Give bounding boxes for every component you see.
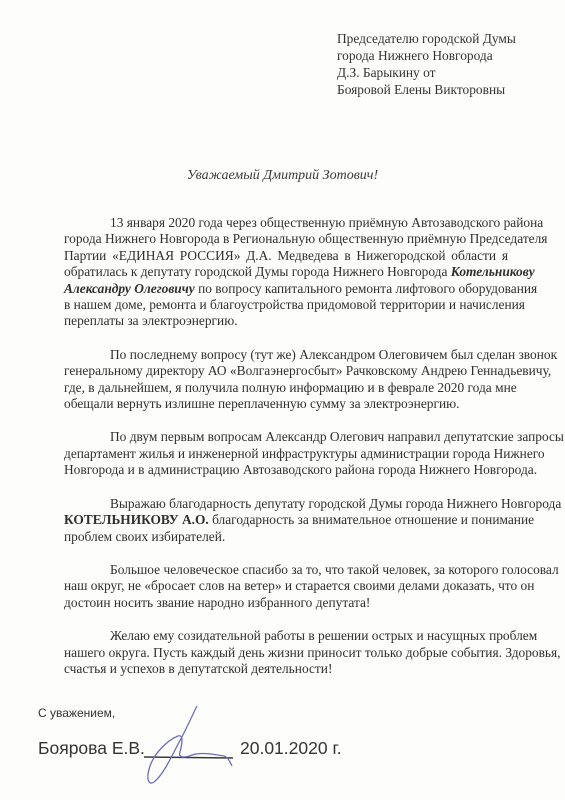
text-line: города Нижнего Новгорода в Региональную … bbox=[64, 231, 508, 247]
text-line: Выражаю благодарность депутату городской… bbox=[64, 496, 508, 512]
text-line: нашего округа. Пусть каждый день жизни п… bbox=[64, 645, 508, 661]
text-line: где, в дальнейшем, я получила полную инф… bbox=[64, 380, 508, 396]
text-line: Новгорода и в администрацию Автозаводско… bbox=[64, 462, 508, 478]
text-line: наш округ, не «бросает слов на ветер» и … bbox=[64, 578, 508, 594]
text-line: департамент жилья и инженерной инфрастру… bbox=[64, 446, 508, 462]
paragraph-energy: По последнему вопросу (тут же) Александр… bbox=[64, 347, 508, 413]
text-line: По последнему вопросу (тут же) Александр… bbox=[64, 347, 508, 363]
addressee-line: Председателю городской Думы bbox=[337, 30, 557, 47]
paragraph-inquiries: По двум первым вопросам Александр Олегов… bbox=[64, 429, 508, 478]
addressee-line: Д.З. Барыкину от bbox=[337, 64, 557, 81]
text-line: По двум первым вопросам Александр Олегов… bbox=[64, 429, 508, 445]
paragraph-thanks: Большое человеческое спасибо за то, что … bbox=[64, 562, 508, 611]
paragraph-wishes: Желаю ему созидательной работы в решении… bbox=[64, 628, 508, 677]
deputy-name: Александру Олеговичу bbox=[64, 281, 195, 296]
text-line: счастья и успехов в депутатской деятельн… bbox=[64, 661, 508, 677]
text-line: в нашем доме, ремонта и благоустройства … bbox=[64, 297, 508, 313]
text-line: 13 января 2020 года через общественную п… bbox=[64, 215, 508, 231]
letter-body: 13 января 2020 года через общественную п… bbox=[64, 215, 508, 694]
text-span: по вопросу капитального ремонта лифтовог… bbox=[195, 281, 537, 296]
text-line: достоин носить звание народно избранного… bbox=[64, 595, 508, 611]
salutation: Уважаемый Дмитрий Зотович! bbox=[0, 168, 565, 184]
deputy-name-caps: КОТЕЛЬНИКОВУ А.О. bbox=[64, 512, 209, 527]
deputy-surname: Котельникову bbox=[451, 264, 535, 279]
text-line: Большое человеческое спасибо за то, что … bbox=[64, 562, 508, 578]
closing-phrase: С уважением, bbox=[38, 706, 115, 720]
text-line: Желаю ему созидательной работы в решении… bbox=[64, 628, 508, 644]
letter-date: 20.01.2020 г. bbox=[240, 738, 342, 759]
paragraph-gratitude: Выражаю благодарность депутату городской… bbox=[64, 496, 508, 545]
text-line: обратилась к депутату городской Думы гор… bbox=[64, 264, 508, 280]
text-line: обещали вернуть излишне переплаченную су… bbox=[64, 396, 508, 412]
text-line: КОТЕЛЬНИКОВУ А.О. благодарность за внима… bbox=[64, 512, 508, 528]
handwritten-signature-icon bbox=[140, 700, 240, 790]
text-line: Партии «ЕДИНАЯ РОССИЯ» Д.А. Медведева в … bbox=[64, 248, 508, 264]
text-line: переплаты за электроэнергию. bbox=[64, 313, 508, 329]
text-line: Александру Олеговичу по вопросу капиталь… bbox=[64, 281, 508, 297]
text-span: благодарность за внимательное отношение … bbox=[209, 512, 534, 527]
addressee-line: Бояровой Елены Викторовны bbox=[337, 81, 557, 98]
letter-page: Председателю городской Думы города Нижне… bbox=[0, 0, 565, 800]
addressee-block: Председателю городской Думы города Нижне… bbox=[337, 30, 557, 98]
text-line: проблем своих избирателей. bbox=[64, 529, 508, 545]
signer-name: Боярова Е.В. bbox=[38, 738, 145, 759]
paragraph-request: 13 января 2020 года через общественную п… bbox=[64, 215, 508, 330]
text-line: генеральному директору АО «Волгаэнергосб… bbox=[64, 363, 508, 379]
text-span: обратилась к депутату городской Думы гор… bbox=[64, 264, 451, 279]
addressee-line: города Нижнего Новгорода bbox=[337, 47, 557, 64]
